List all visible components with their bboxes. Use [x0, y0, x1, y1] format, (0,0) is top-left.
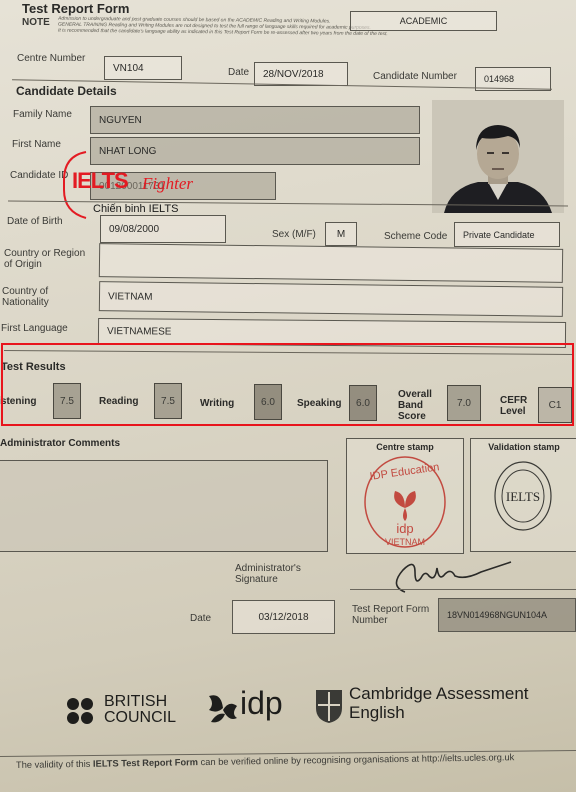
sex-label: Sex (M/F): [272, 229, 316, 240]
nationality-label-line: Nationality: [2, 297, 49, 308]
verification-text-bold: IELTS Test Report Form: [93, 757, 198, 769]
centre-number-label: Centre Number: [17, 53, 85, 64]
dob-label: Date of Birth: [7, 216, 63, 227]
british-council-line: BRITISH: [104, 694, 176, 710]
idp-logo-icon: [207, 692, 239, 726]
admin-comments-field: [0, 460, 328, 552]
origin-label: Country or Region of Origin: [4, 248, 85, 270]
idp-logo: idp: [240, 686, 283, 720]
trf-number-label: Test Report Form Number: [352, 604, 429, 626]
cambridge-line: English: [349, 703, 529, 722]
module-field: ACADEMIC: [350, 11, 497, 31]
note-label: NOTE: [22, 17, 50, 28]
issue-date-field: 03/12/2018: [232, 600, 335, 634]
trf-number-field: 18VN014968NGUN104A: [438, 598, 576, 632]
nationality-label: Country of Nationality: [2, 286, 49, 308]
svg-text:IDP Education: IDP Education: [369, 461, 440, 483]
british-council-logo: BRITISH COUNCIL: [104, 694, 176, 726]
watermark-brand: IELTS: [72, 168, 128, 194]
watermark-subtitle: Chiến binh IELTS: [93, 203, 178, 215]
trf-number-label-line: Number: [352, 615, 429, 626]
centre-stamp-box: Centre stamp IDP Education idp VIETNAM: [346, 438, 464, 554]
validation-stamp-box: Validation stamp IELTS: [470, 438, 576, 552]
svg-text:IELTS: IELTS: [506, 489, 540, 504]
origin-label-line: Country or Region: [4, 248, 85, 259]
candidate-number-label: Candidate Number: [373, 71, 457, 82]
results-highlight-frame: [1, 343, 574, 426]
validation-stamp-label: Validation stamp: [471, 442, 576, 452]
centre-number-field: VN104: [104, 56, 182, 80]
svg-text:VIETNAM: VIETNAM: [385, 537, 425, 547]
family-name-field: NGUYEN: [90, 106, 420, 134]
nationality-label-line: Country of: [2, 286, 49, 297]
first-language-label: First Language: [1, 323, 68, 334]
signature-label-line: Administrator's: [235, 563, 301, 574]
administrator-signature: [385, 552, 515, 598]
signature-line: [350, 589, 576, 590]
idp-stamp-icon: IDP Education idp VIETNAM: [361, 453, 449, 551]
ielts-validation-stamp-icon: IELTS: [493, 459, 553, 533]
first-name-field: NHAT LONG: [90, 137, 420, 165]
person-photo-icon: [432, 100, 564, 213]
cambridge-logo: Cambridge Assessment English: [349, 684, 529, 722]
verification-text: The validity of this: [16, 759, 93, 770]
svg-text:idp: idp: [396, 521, 413, 536]
british-council-line: COUNCIL: [104, 710, 176, 726]
scheme-code-label: Scheme Code: [384, 231, 447, 242]
british-council-logo-icon: [66, 697, 96, 727]
centre-stamp-label: Centre stamp: [347, 442, 463, 452]
cambridge-crest-icon: [314, 688, 344, 724]
candidate-details-title: Candidate Details: [16, 84, 117, 98]
family-name-label: Family Name: [13, 109, 72, 120]
form-title: Test Report Form: [22, 1, 129, 16]
trf-number-label-line: Test Report Form: [352, 604, 429, 615]
signature-label: Administrator's Signature: [235, 563, 301, 585]
scheme-code-field: Private Candidate: [454, 222, 560, 247]
signature-label-line: Signature: [235, 574, 301, 585]
origin-field: [99, 243, 563, 283]
first-name-label: First Name: [12, 139, 61, 150]
dob-field: 09/08/2000: [100, 215, 226, 243]
cambridge-line: Cambridge Assessment: [349, 684, 529, 703]
admin-comments-label: Administrator Comments: [0, 438, 120, 449]
test-report-form: Test Report Form NOTE Admission to under…: [0, 0, 576, 792]
nationality-field: VIETNAM: [99, 281, 563, 317]
origin-label-line: of Origin: [4, 259, 85, 270]
watermark-brand-script: Fighter: [142, 174, 193, 194]
test-date-label: Date: [228, 67, 249, 78]
issue-date-label: Date: [190, 613, 211, 624]
candidate-photo: [432, 100, 564, 213]
sex-field: M: [325, 222, 357, 246]
test-date-field: 28/NOV/2018: [254, 62, 348, 86]
